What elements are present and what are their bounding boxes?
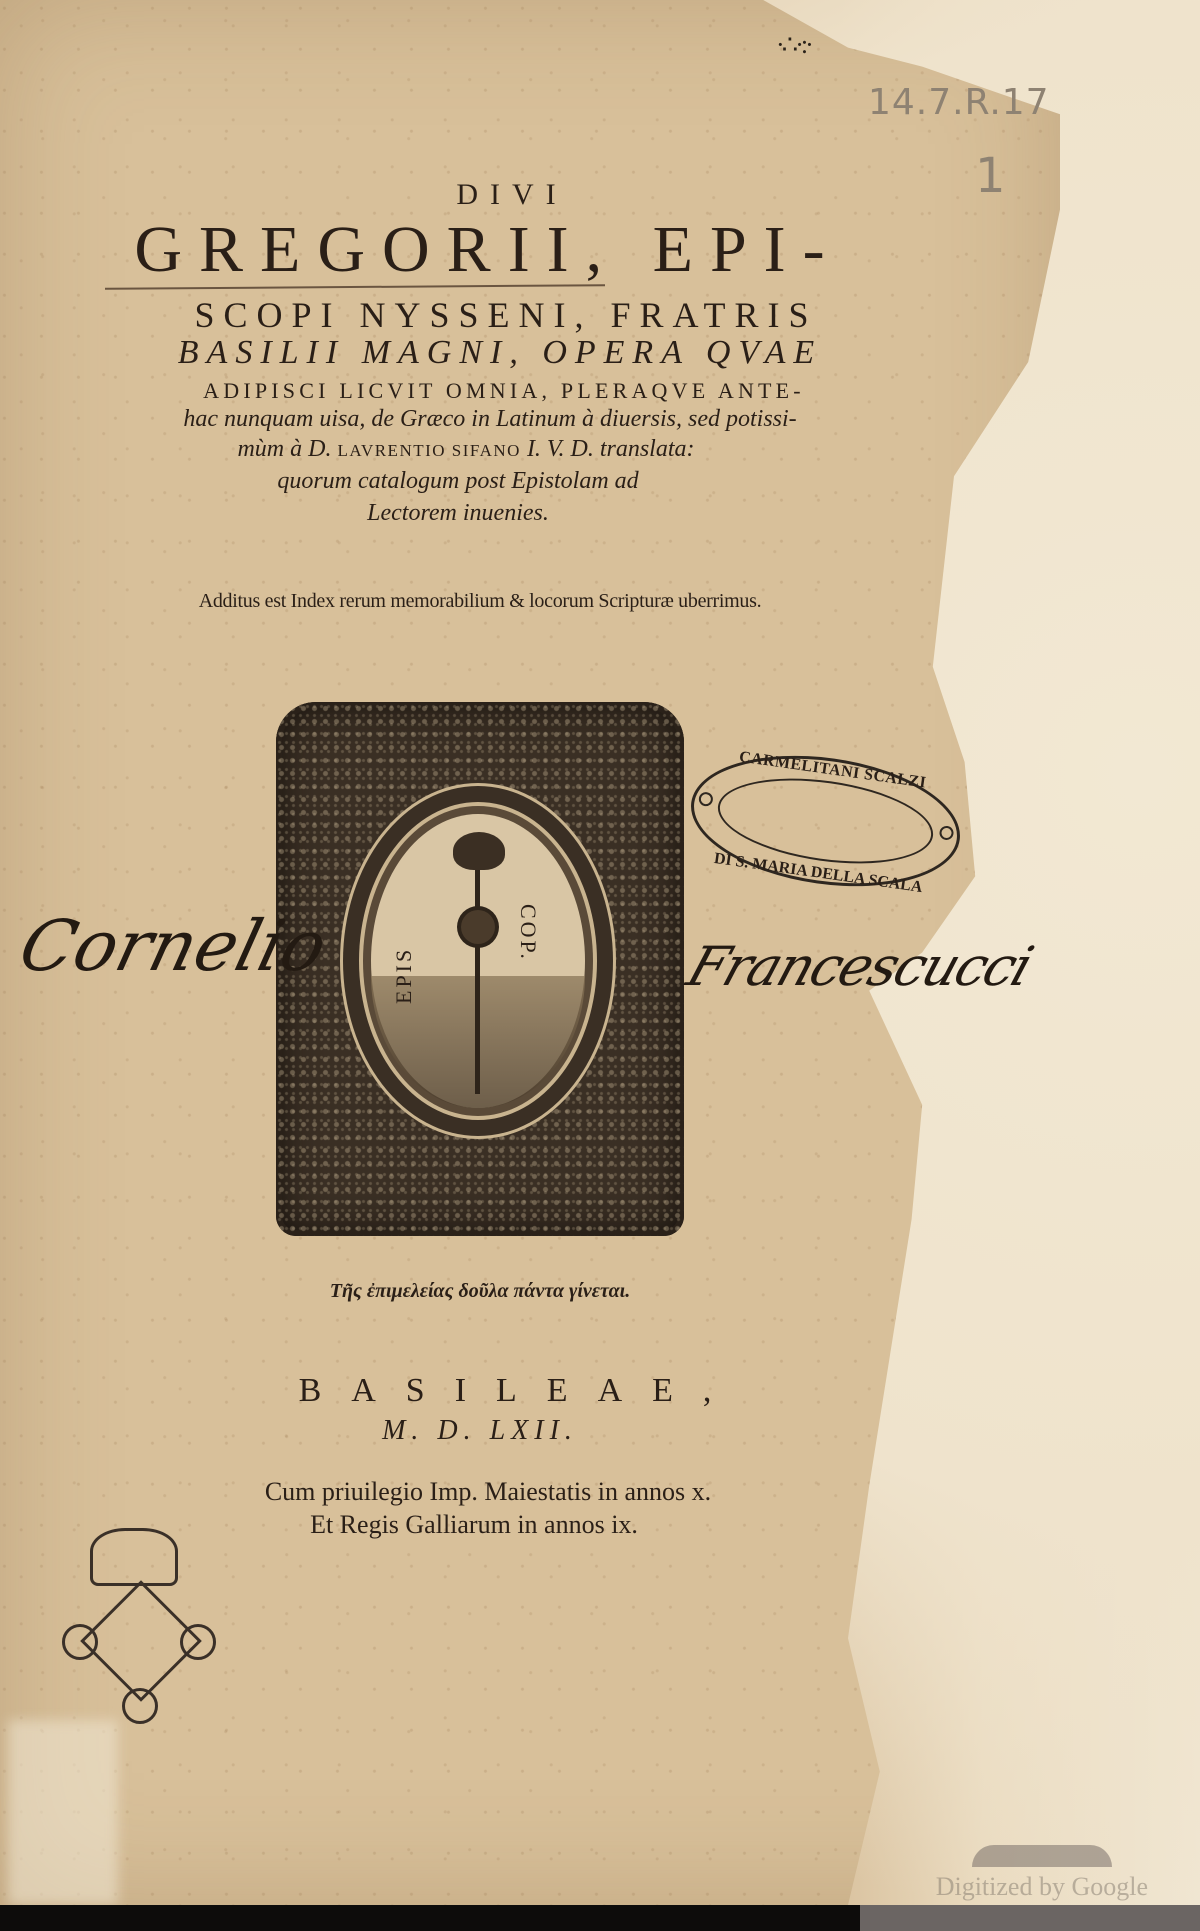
- title-line-lectorem: Lectorem inuenies.: [0, 500, 958, 527]
- ink-spots: ·∴·:·: [776, 30, 811, 60]
- signature-right: Francescucci: [680, 935, 1039, 998]
- greek-motto: Τῆς ἐπιμελείας δοῦλα πάντα γίνεται.: [0, 1280, 980, 1303]
- stamp-rosette-icon: [698, 791, 714, 807]
- scanner-edge-bar: [0, 1905, 1200, 1931]
- shelfmark: 14.7.R.17: [868, 82, 1050, 123]
- title-line-gregorii: GREGORII, EPI-: [0, 212, 988, 288]
- title-line-basilii: BASILII MAGNI, OPERA QVAE: [0, 334, 1000, 372]
- device-oval: EPIS COP.: [371, 814, 585, 1108]
- imprint-year: M. D. LXII.: [0, 1415, 980, 1447]
- roundel-icon: [122, 1688, 158, 1724]
- scanner-edge-light: [860, 1905, 1200, 1931]
- index-note: Additus est Index rerum memorabilium & l…: [0, 590, 980, 613]
- signature-left: Cornelio: [12, 905, 335, 987]
- translator-prefix: mùm à D.: [237, 436, 337, 462]
- title-line-translator: mùm à D. LAVRENTIO SIFANO I. V. D. trans…: [0, 436, 966, 463]
- title-line-hac: hac nunquam uisa, de Græco in Latinum à …: [0, 406, 990, 433]
- imprint-place: BASILEAE,: [20, 1372, 1020, 1410]
- privilege-line-1: Cum priuilegio Imp. Maiestatis in annos …: [0, 1477, 988, 1507]
- translator-suffix: I. V. D. translata:: [521, 436, 695, 462]
- library-crown-stamp: [62, 1528, 222, 1738]
- roundel-icon: [180, 1624, 216, 1660]
- title-line-scopi: SCOPI NYSSENI, FRATRIS: [6, 294, 1006, 336]
- paper-light-patch: [8, 1720, 118, 1905]
- title-line-adipisci: ADIPISCI LICVIT OMNIA, PLERAQVE ANTE-: [4, 378, 1004, 404]
- device-text-left: EPIS: [391, 947, 417, 1004]
- stamp-rosette-icon: [939, 825, 955, 841]
- title-line-divi: DIVI: [12, 178, 1012, 212]
- device-text-right: COP.: [515, 904, 541, 958]
- translator-name: LAVRENTIO SIFANO: [337, 441, 520, 460]
- title-line-quorum: quorum catalogum post Epistolam ad: [0, 468, 958, 495]
- staff-knob-icon: [461, 910, 495, 944]
- bird-icon: [453, 832, 505, 870]
- roundel-icon: [62, 1624, 98, 1660]
- crown-icon: [90, 1528, 178, 1586]
- crozier-staff-icon: [475, 854, 480, 1094]
- digitized-by-google-watermark: Digitized by Google: [936, 1872, 1148, 1902]
- google-watermark-shape: [972, 1845, 1112, 1867]
- printers-device-woodcut: EPIS COP.: [276, 702, 684, 1236]
